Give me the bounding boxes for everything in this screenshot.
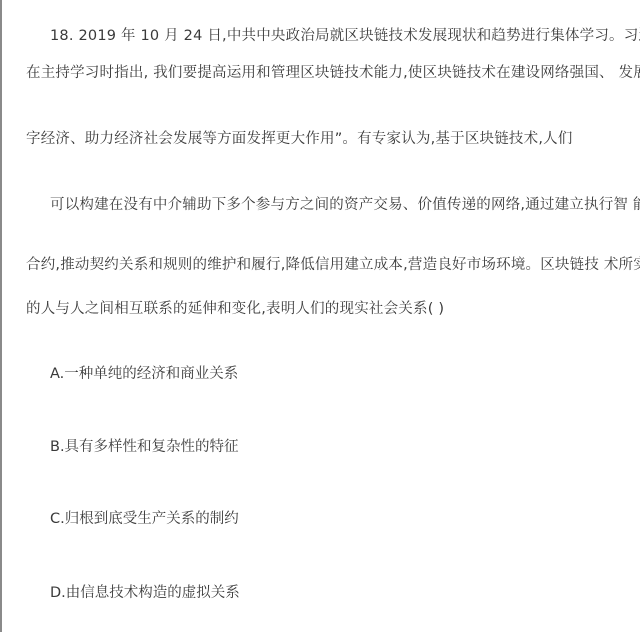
option-b[interactable]: B.具有多样性和复杂性的特征 [50,437,239,457]
question-stem-line-6: 的人与人之间相互联系的延伸和变化,表明人们的现实社会关系( ) [26,299,444,319]
question-stem-line-5: 合约,推动契约关系和规则的维护和履行,降低信用建立成本,营造良好市场环境。区块链… [26,255,640,275]
page-left-border [0,0,2,632]
option-a[interactable]: A.一种单纯的经济和商业关系 [50,364,238,384]
question-stem-line-1: 18. 2019 年 10 月 24 日,中共中央政治局就区块链技术发展现状和趋… [50,26,640,46]
question-stem-line-2: 在主持学习时指出, 我们要提高运用和管理区块链技术能力,使区块链技术在建设网络强… [26,63,640,83]
question-stem-line-4: 可以构建在没有中介辅助下多个参与方之间的资产交易、价值传递的网络,通过建立执行智… [50,195,640,215]
question-stem-line-3: 字经济、助力经济社会发展等方面发挥更大作用”。有专家认为,基于区块链技术,人们 [26,129,573,149]
option-c[interactable]: C.归根到底受生产关系的制约 [50,509,239,529]
option-d[interactable]: D.由信息技术构造的虚拟关系 [50,583,240,603]
